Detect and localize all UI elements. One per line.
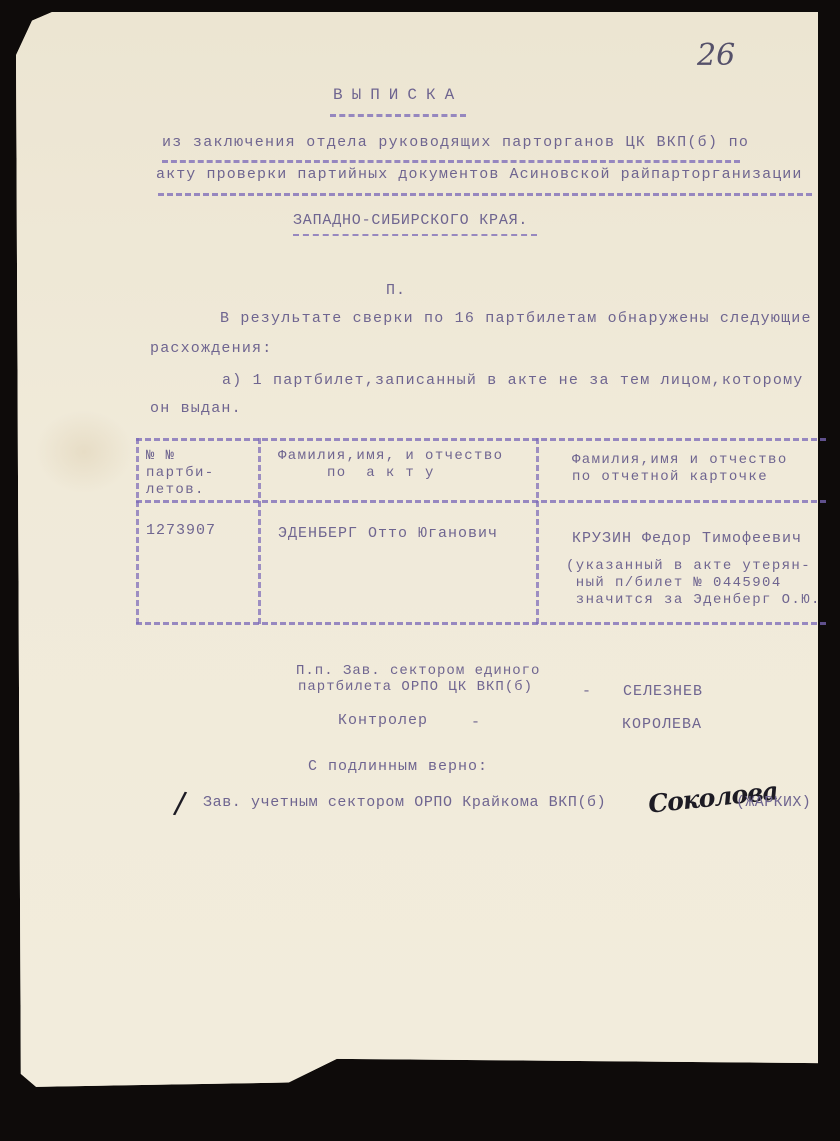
paragraph-line-1: В результате сверки по 16 партбилетам об…	[220, 310, 812, 327]
subtitle-underline-3	[293, 234, 537, 236]
final-signatory-name: (ЖАРКИХ)	[736, 794, 811, 811]
subtitle-line-1: из заключения отдела руководящих парторг…	[162, 134, 749, 151]
table-bottom-border	[136, 622, 826, 625]
subtitle-underline-2	[158, 193, 812, 196]
page-number: 26	[697, 38, 735, 73]
item-a-line-2: он выдан.	[150, 400, 242, 417]
table-left-border	[136, 438, 139, 624]
cell-note: (указанный в акте утерян- ный п/билет № …	[566, 558, 821, 609]
item-a-line-1: а) 1 партбилет,записанный в акте не за т…	[222, 372, 803, 389]
header-name-by-act: Фамилия,имя, и отчество по а к т у	[278, 448, 503, 482]
signatory-dash-1: -	[582, 683, 592, 700]
signatory-dash-2: -	[471, 714, 481, 731]
controller-title: Контролер	[338, 712, 428, 729]
table-col-divider-2	[536, 438, 539, 624]
table-header-border	[136, 500, 826, 503]
subtitle-line-3: ЗАПАДНО-СИБИРСКОГО КРАЯ.	[293, 212, 528, 229]
section-number: П.	[386, 282, 406, 299]
signatory-title-line-1: П.п. Зав. сектором единого	[296, 663, 540, 679]
signatory-name-2: КОРОЛЕВА	[622, 716, 702, 733]
table-col-divider-1	[258, 438, 261, 624]
paragraph-line-2: расхождения:	[150, 340, 272, 357]
final-signatory-title: Зав. учетным сектором ОРПО Крайкома ВКП(…	[203, 794, 606, 811]
table-top-border	[136, 438, 826, 441]
cell-card-number: 1273907	[146, 522, 216, 539]
header-party-card-number: № № партби- летов.	[146, 448, 215, 499]
certified-copy-label: С подлинным верно:	[308, 758, 488, 775]
title-underline	[330, 114, 466, 117]
document-title: ВЫПИСКА	[333, 86, 463, 104]
signatory-name-1: СЕЛЕЗНЕВ	[623, 683, 703, 700]
cell-name-by-act: ЭДЕНБЕРГ Отто Юганович	[278, 525, 498, 542]
signatory-title-line-2: партбилета ОРПО ЦК ВКП(б)	[298, 679, 533, 695]
cell-name-by-card: КРУЗИН Федор Тимофеевич	[572, 530, 802, 547]
subtitle-underline-1	[162, 160, 740, 163]
subtitle-line-2: акту проверки партийных документов Асино…	[156, 166, 803, 183]
header-name-by-card: Фамилия,имя и отчество по отчетной карто…	[572, 452, 788, 486]
